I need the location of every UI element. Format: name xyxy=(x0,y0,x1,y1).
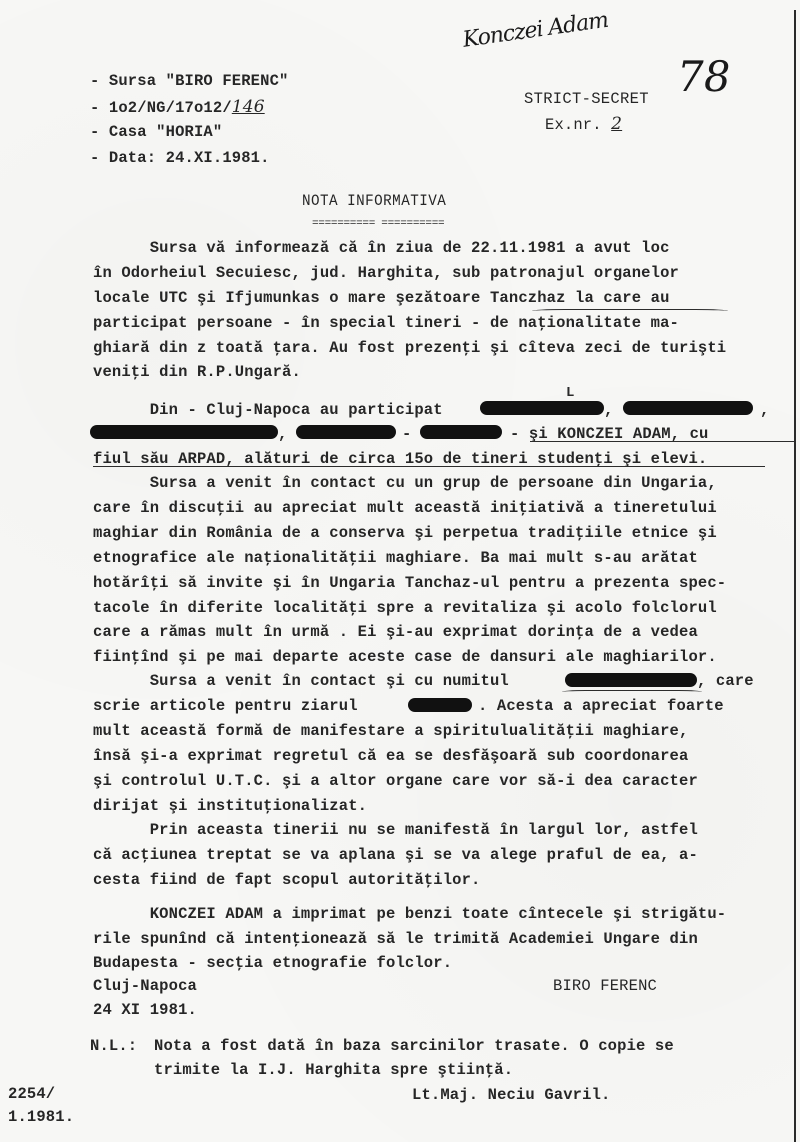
page-edge-line xyxy=(794,10,796,1142)
pen-underline xyxy=(562,690,702,692)
body-line: că acţiunea treptat se va aplana şi se v… xyxy=(93,845,698,865)
redaction-bar xyxy=(420,425,502,439)
body-line: însă şi-a exprimat regretul că ea se des… xyxy=(93,746,688,766)
registry-number: 2254/ xyxy=(8,1084,55,1104)
body-line: KONCZEI ADAM a imprimat pe benzi toate c… xyxy=(93,904,726,924)
header-house-line: - Casa "HORIA" xyxy=(90,122,222,142)
officer-signature: Lt.Maj. Neciu Gavril. xyxy=(412,1085,610,1105)
handwritten-name-annotation: Konczei Adam xyxy=(461,8,609,53)
redaction-bar xyxy=(480,401,604,415)
copy-number-label: Ex.nr. xyxy=(545,116,602,134)
redaction-bar xyxy=(623,401,753,415)
note-line: trimite la I.J. Harghita spre ştiinţă. xyxy=(154,1060,513,1080)
title-underline-rule: ========== ========== xyxy=(312,214,444,234)
body-line: Din - Cluj-Napoca au participat xyxy=(93,400,443,420)
body-line: etnografice ale naţionalităţii maghiare.… xyxy=(93,548,698,568)
comma: , xyxy=(760,400,769,420)
body-line: care a rămas mult în urmă . Ei şi-au exp… xyxy=(93,622,698,642)
dash: - xyxy=(402,424,411,444)
body-line: . Acesta a apreciat foarte xyxy=(478,696,724,716)
body-line: Prin aceasta tinerii nu se manifestă în … xyxy=(93,820,698,840)
header-reference-line: - 1o2/NG/17o12/146 xyxy=(90,97,265,118)
document-title: NOTA INFORMATIVA xyxy=(302,191,446,211)
body-line: scrie articole pentru ziarul xyxy=(93,696,358,716)
body-line: care în discuţii au apreciat mult aceast… xyxy=(93,498,717,518)
comma: , xyxy=(604,400,613,420)
redaction-bar xyxy=(296,425,396,439)
pen-underline xyxy=(93,466,765,467)
body-line: veniţi din R.P.Ungară. xyxy=(93,362,301,382)
body-line: maghiar din România de a conserva şi per… xyxy=(93,523,717,543)
pen-underline xyxy=(532,309,728,311)
signature-date: 24 XI 1981. xyxy=(93,1000,197,1020)
signature-place: Cluj-Napoca xyxy=(93,976,197,996)
margin-mark: L xyxy=(566,385,574,401)
body-line: Sursa a venit în contact cu un grup de p… xyxy=(93,473,717,493)
handwritten-page-number: 78 xyxy=(673,52,735,101)
body-line: Sursa vă informează că în ziua de 22.11.… xyxy=(93,238,670,258)
copy-number-line: Ex.nr. 2 xyxy=(545,114,622,135)
pen-underline xyxy=(530,441,795,442)
body-line: şi controlul U.T.C. şi a altor organe ca… xyxy=(93,771,698,791)
redaction-bar xyxy=(408,698,472,712)
registry-date: 1.1981. xyxy=(8,1107,74,1127)
classification-label: STRICT-SECRET xyxy=(524,89,649,109)
body-line: rile spunînd că intenţionează să le trim… xyxy=(93,929,698,949)
handwritten-copy-number: 2 xyxy=(611,114,622,134)
signature-source-name: BIRO FERENC xyxy=(553,976,657,996)
body-line: ghiară din z toată ţara. Au fost prezenţ… xyxy=(93,338,726,358)
body-line: tacole în diferite localităţi spre a rev… xyxy=(93,598,717,618)
body-line: fiinţînd şi pe mai departe aceste case d… xyxy=(93,647,717,667)
header-source-line: - Sursa "BIRO FERENC" xyxy=(90,71,288,91)
body-line: în Odorheiul Secuiesc, jud. Harghita, su… xyxy=(93,263,679,283)
body-line: cesta fiind de fapt scopul autorităţilor… xyxy=(93,870,481,890)
handwritten-reference-suffix: 146 xyxy=(232,97,265,117)
reference-number: - 1o2/NG/17o12/ xyxy=(90,99,232,117)
body-line: hotărîţi să invite şi în Ungaria Tanchaz… xyxy=(93,573,726,593)
redaction-bar xyxy=(565,673,697,687)
header-date-line: - Data: 24.XI.1981. xyxy=(90,148,270,168)
body-line: participat persoane - în special tineri … xyxy=(93,313,679,333)
note-line: Nota a fost dată în baza sarcinilor tras… xyxy=(154,1036,674,1056)
body-line: dirijat şi instituţionalizat. xyxy=(93,796,367,816)
body-line: locale UTC şi Ifjumunkas o mare şezătoar… xyxy=(93,288,670,308)
body-line: Sursa a venit în contact şi cu numitul xyxy=(93,671,509,691)
document-page: Konczei Adam 78 - Sursa "BIRO FERENC" - … xyxy=(0,0,800,1142)
comma: , xyxy=(278,424,287,444)
body-line: mult această formă de manifestare a spir… xyxy=(93,721,688,741)
body-line: Budapesta - secţia etnografie folclor. xyxy=(93,953,452,973)
redaction-bar xyxy=(90,425,278,439)
body-line: , care xyxy=(697,671,754,691)
note-label: N.L.: xyxy=(90,1036,137,1056)
